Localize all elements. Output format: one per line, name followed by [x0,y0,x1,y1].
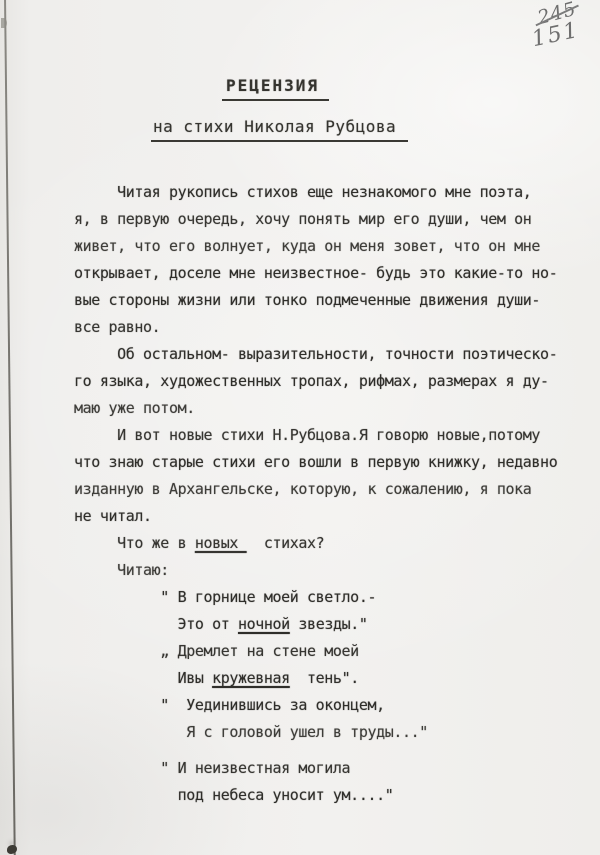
text-line: что знаю старые стихи его вошли в первую… [74,449,574,476]
text-line: изданную в Архангельске, которую, к сожа… [74,476,574,503]
text-line: Об остальном- выразительности, точности … [74,341,574,368]
text-line: маю уже потом. [74,395,574,422]
document-title: РЕЦЕНЗИЯ [222,76,329,101]
document-subtitle: на стихи Николая Рубцова [151,117,408,142]
text-line: все равно. [74,314,574,341]
text-line: " И неизвестная могила [74,755,574,782]
text-line: открывает, доселе мне неизвестное- будь … [74,260,574,287]
text-line: живет, что его волнует, куда он меня зов… [74,233,574,260]
handwritten-annotations: 245 151 [532,0,589,50]
text-line: Это от ночной звезды." [74,611,574,638]
text-line: го языка, художественных тропах, рифмах,… [74,368,574,395]
page-edge-notch [1,18,7,28]
text-line: Читаю: [74,557,574,584]
text-line: " В горнице моей светло.- [74,584,574,611]
text-line: И вот новые стихи Н.Рубцова.Я говорю нов… [74,422,574,449]
scanned-page: 245 151 РЕЦЕНЗИЯ на стихи Николая Рубцов… [0,0,600,855]
text-line: я, в первую очередь, хочу понять мир его… [74,206,574,233]
text-line: „ Дремлет на стене моей [74,638,574,665]
text-line: " Уединившись за оконцем, [74,692,574,719]
text-line: не читал. [74,503,574,530]
text-line: Что же в новых стихах? [74,530,574,557]
text-line: Я с головой ушел в труды..." [74,719,574,746]
document-body: Читая рукопись стихов еще незнакомого мн… [74,179,574,809]
page-edge-line [4,0,16,855]
text-line: под небеса уносит ум...." [74,782,574,809]
text-line: вые стороны жизни или тонко подмеченные … [74,287,574,314]
text-line: Читая рукопись стихов еще незнакомого мн… [74,179,574,206]
text-line: Ивы кружевная тень". [74,665,574,692]
